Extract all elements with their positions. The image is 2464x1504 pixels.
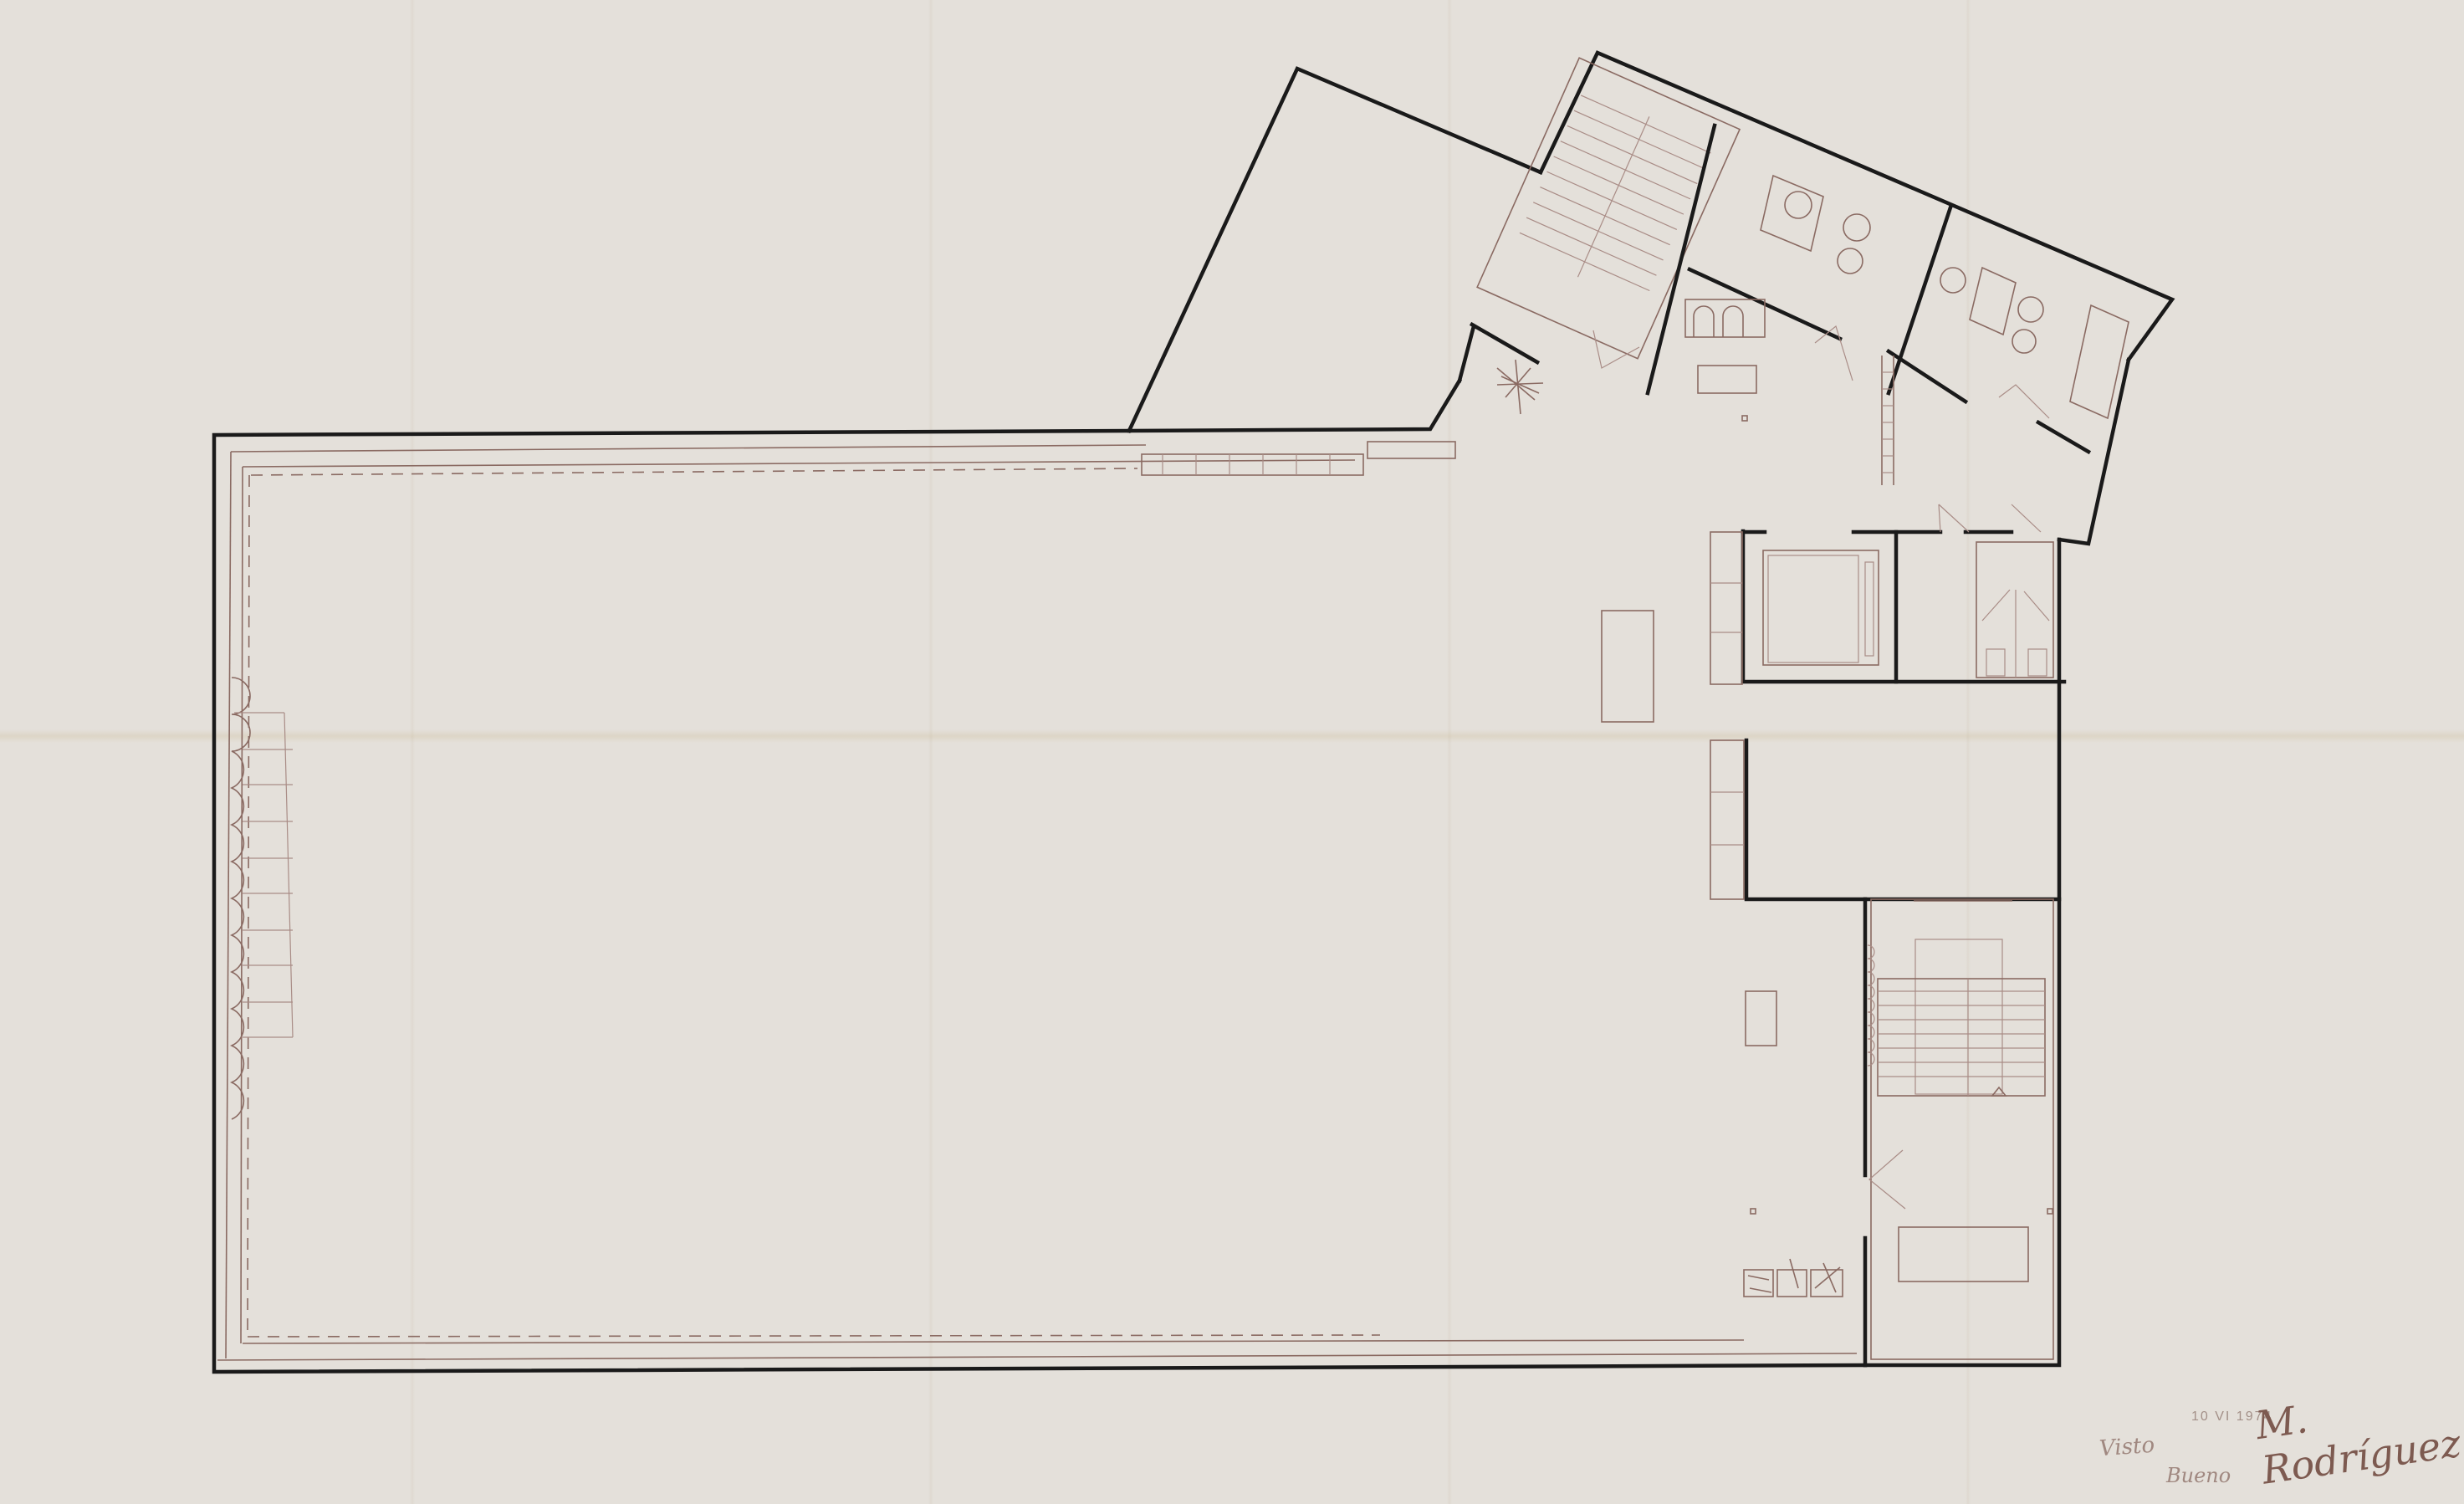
stair-wing-top xyxy=(1477,58,1740,358)
window-strip xyxy=(1142,442,1455,475)
plant-top xyxy=(1497,360,1543,414)
inner-outline xyxy=(217,445,1857,1360)
service-block xyxy=(1710,504,2064,684)
table xyxy=(1746,991,1776,1046)
basin-counter xyxy=(1685,299,1765,337)
handwritten-note: Visto xyxy=(2098,1433,2155,1462)
outer-walls xyxy=(214,53,2172,1372)
restroom-fixtures xyxy=(1761,176,2129,418)
corridor-cabinet xyxy=(1710,740,1865,899)
ladder xyxy=(1882,356,1894,485)
handwritten-note: Bueno xyxy=(2166,1464,2231,1487)
table xyxy=(1602,611,1654,722)
drawing-sheet: 10 VI 1974 M. Rodríguez Visto Bueno xyxy=(0,0,2464,1504)
floor-plan xyxy=(0,0,2464,1504)
table xyxy=(1698,366,1756,393)
stair-core-bottom xyxy=(1868,899,2053,1359)
curtain-bays xyxy=(232,678,293,1119)
entry-door xyxy=(1869,1150,1905,1209)
